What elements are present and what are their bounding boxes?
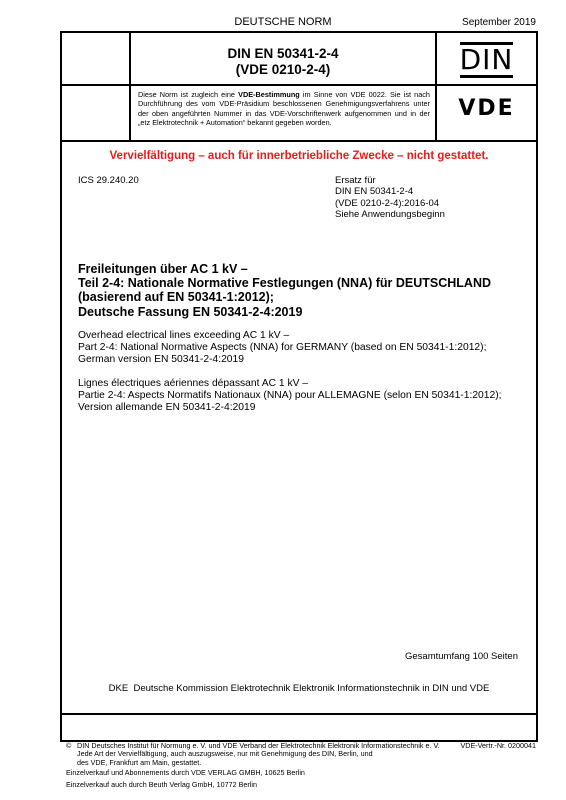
title-line: German version EN 50341-2-4:2019 [78, 354, 486, 366]
title-line: Deutsche Fassung EN 50341-2-4:2019 [78, 305, 491, 319]
replacement-line: DIN EN 50341-2-4 [335, 186, 445, 197]
vde-note-text: Diese Norm ist zugleich eine [138, 90, 238, 99]
title-line: Overhead electrical lines exceeding AC 1… [78, 330, 486, 342]
sales-info: Einzelverkauf und Abonnements durch VDE … [66, 769, 305, 777]
replacement-line: (VDE 0210-2-4):2016-04 [335, 198, 445, 209]
copy-warning: Vervielfältigung – auch für innerbetrieb… [62, 150, 536, 162]
title-line: Version allemande EN 50341-2-4:2019 [78, 402, 502, 414]
sales-info: Einzelverkauf auch durch Beuth Verlag Gm… [66, 781, 257, 789]
publication-date: September 2019 [462, 17, 536, 28]
title-line: Lignes électriques aériennes dépassant A… [78, 378, 502, 390]
replacement-info: Ersatz für DIN EN 50341-2-4 (VDE 0210-2-… [335, 175, 445, 220]
title-german: Freileitungen über AC 1 kV – Teil 2-4: N… [78, 262, 491, 319]
title-line: Freileitungen über AC 1 kV – [78, 262, 491, 276]
title-french: Lignes électriques aériennes dépassant A… [78, 378, 502, 415]
copyright-icon: © [66, 742, 71, 750]
din-logo-text: DIN [460, 42, 514, 78]
din-logo: DIN [437, 38, 536, 82]
vde-contract-number: VDE-Vertr.-Nr. 0200041 [460, 742, 536, 750]
title-line: Teil 2-4: Nationale Normative Festlegung… [78, 276, 491, 290]
ics-code: ICS 29.240.20 [78, 175, 139, 186]
row-divider [60, 713, 536, 715]
copyright-line: des VDE, Frankfurt am Main, gestattet. [77, 759, 446, 767]
title-line: (basierend auf EN 50341-1:2012); [78, 290, 491, 304]
document-number: DIN EN 50341-2-4 (VDE 0210-2-4) [131, 46, 435, 78]
title-line: Part 2-4: National Normative Aspects (NN… [78, 342, 486, 354]
row-divider [60, 140, 536, 142]
total-pages: Gesamtumfang 100 Seiten [405, 651, 518, 662]
replacement-line: Ersatz für [335, 175, 445, 186]
title-english: Overhead electrical lines exceeding AC 1… [78, 330, 486, 367]
vde-note-emphasis: VDE-Bestimmung [238, 90, 300, 99]
replacement-line: Siehe Anwendungsbeginn [335, 209, 445, 220]
vde-logo: VDE [437, 96, 536, 121]
vde-note: Diese Norm ist zugleich eine VDE-Bestimm… [138, 90, 430, 128]
title-line: Partie 2-4: Aspects Normatifs Nationaux … [78, 390, 502, 402]
row-divider [60, 84, 536, 86]
copyright-notice: © DIN Deutsches Institut für Normung e. … [66, 742, 446, 767]
vde-number: (VDE 0210-2-4) [131, 62, 435, 78]
standard-number: DIN EN 50341-2-4 [131, 46, 435, 62]
committee-name: DKE Deutsche Kommission Elektrotechnik E… [62, 683, 536, 694]
